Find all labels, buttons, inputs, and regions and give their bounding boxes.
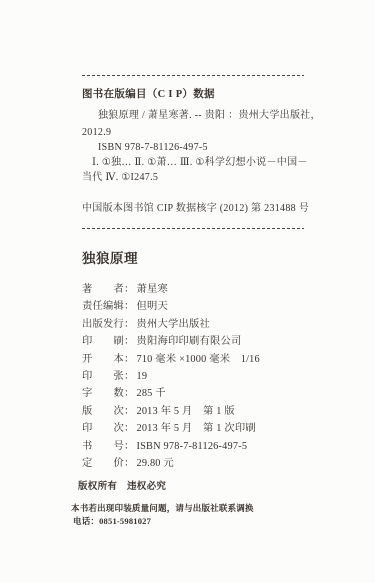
- cip-classification-line1: Ⅰ. ①独… Ⅱ. ①萧… Ⅲ. ①科学幻想小说－中国－: [92, 156, 308, 169]
- colophon-row-publisher: 出版发行：贵州大学出版社: [82, 316, 312, 333]
- row-value: 710 毫米 ×1000 毫米 1/16: [136, 354, 259, 365]
- cip-entry-line2: 2012.9: [82, 126, 111, 139]
- cip-header: 图书在版编目（C I P）数据: [82, 88, 215, 101]
- colophon-row-isbn: 书 号：ISBN 978-7-81126-497-5: [82, 438, 312, 455]
- colophon-row-wordcount: 字 数：285 千: [82, 385, 312, 402]
- colophon-row-format: 开 本：710 毫米 ×1000 毫米 1/16: [82, 351, 312, 368]
- colophon-row-edition: 版 次：2013 年 5 月 第 1 版: [82, 403, 312, 420]
- row-label: 字 数：: [82, 388, 134, 399]
- row-label: 书 号：: [82, 441, 134, 452]
- dashed-divider-bottom: [82, 228, 304, 230]
- cip-record-number: 中国版本图书馆 CIP 数据核字 (2012) 第 231488 号: [82, 202, 304, 215]
- row-label: 印 张：: [82, 371, 134, 382]
- row-value: 29.80 元: [136, 458, 173, 469]
- row-label: 开 本：: [82, 354, 134, 365]
- colophon-row-author: 著 者：萧星寒: [82, 281, 312, 298]
- row-label: 定 价：: [82, 458, 134, 469]
- copyright-page: 图书在版编目（C I P）数据 独狼原理 / 萧星寒著. -- 贵阳 ：贵州大学…: [0, 0, 375, 583]
- row-label: 出版发行：: [82, 319, 134, 330]
- colophon-row-impression: 印 次：2013 年 5 月 第 1 次印刷: [82, 420, 312, 437]
- copyright-rights-notice: 版权所有 违权必究: [78, 481, 166, 494]
- row-value: ISBN 978-7-81126-497-5: [136, 441, 247, 452]
- row-value: 但明天: [136, 301, 168, 312]
- row-value: 贵阳海印印刷有限公司: [136, 336, 241, 347]
- row-value: 19: [136, 371, 147, 382]
- colophon-row-price: 定 价：29.80 元: [82, 455, 312, 472]
- quality-exchange-notice: 本书若出现印装质量问题，请与出版社联系调换: [71, 502, 254, 515]
- dashed-divider-top: [82, 75, 304, 77]
- row-label: 印 次：: [82, 423, 134, 434]
- row-label: 印 刷：: [82, 336, 134, 347]
- colophon-table: 著 者：萧星寒 责任编辑：但明天 出版发行：贵州大学出版社 印 刷：贵阳海印印刷…: [82, 281, 312, 472]
- cip-entry-line1: 独狼原理 / 萧星寒著. -- 贵阳 ：贵州大学出版社，: [98, 109, 321, 122]
- row-value: 贵州大学出版社: [136, 319, 209, 330]
- cip-isbn-line: ISBN 978-7-81126-497-5: [98, 141, 208, 154]
- book-title: 独狼原理: [82, 252, 138, 265]
- row-label: 著 者：: [82, 284, 134, 295]
- row-value: 2013 年 5 月 第 1 次印刷: [136, 423, 255, 434]
- row-value: 萧星寒: [136, 284, 168, 295]
- row-label: 责任编辑：: [82, 301, 134, 312]
- cip-classification-line2: 当代 Ⅳ. ①I247.5: [82, 171, 158, 184]
- row-label: 版 次：: [82, 406, 134, 417]
- colophon-row-editor: 责任编辑：但明天: [82, 298, 312, 315]
- contact-phone: 电话：0851-5981027: [73, 515, 151, 528]
- colophon-row-sheets: 印 张：19: [82, 368, 312, 385]
- colophon-row-printer: 印 刷：贵阳海印印刷有限公司: [82, 333, 312, 350]
- row-value: 2013 年 5 月 第 1 版: [136, 406, 234, 417]
- row-value: 285 千: [136, 388, 165, 399]
